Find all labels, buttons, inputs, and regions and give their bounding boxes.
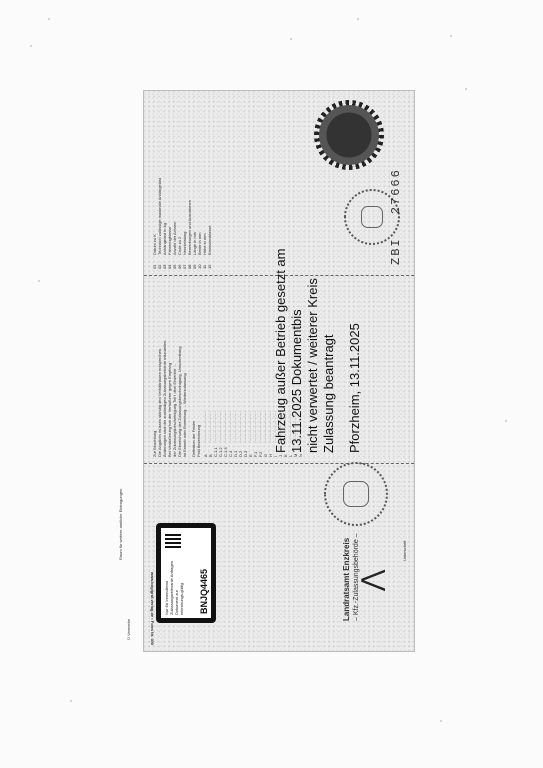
qr-code-icon [165, 532, 181, 548]
remarks-area-note: Ü Vermerke [126, 619, 131, 640]
field-code-list: A························B··············… [203, 282, 303, 457]
scan-speck [70, 700, 72, 702]
scan-speck [290, 38, 292, 40]
definitions-text: Feld Bezeichnung [196, 282, 201, 457]
validation-sticker: Nur für Innendienst Zulassungsrelevante … [156, 523, 216, 623]
registration-certificate-page: www.bogigraf-verlag.de • Form Nr. 400 Nu… [143, 90, 415, 652]
annotation-line-2: 13.11.2025 Dokumentbis [290, 309, 304, 453]
field-row: 12Emissionsklasse [207, 95, 212, 269]
annotation-line-3: nicht verwertet / weiterer Kreis [306, 278, 320, 453]
security-seal-icon [314, 100, 384, 170]
sticker-face: Nur für Innendienst Zulassungsrelevante … [161, 528, 211, 618]
sticker-code: BNJQ4465 [202, 569, 207, 614]
signature: ⋀ [370, 570, 375, 591]
scan-speck [505, 420, 507, 422]
scan-speck [48, 18, 50, 20]
panel-field-definitions: Zur Beachtung Die Angaben müssen ständig… [144, 276, 414, 463]
document-serial: ZBI 27666 [394, 168, 399, 265]
panel-authority: www.bogigraf-verlag.de • Form Nr. 400 Nu… [144, 464, 414, 651]
scan-speck [465, 88, 467, 90]
annotation-place-date: Pforzheim, 13.11.2025 [348, 323, 362, 453]
annotation-line-1: Fahrzeug außer Betrieb gesetzt am [274, 249, 288, 454]
annotation-line-4: Zulassung beantragt [322, 334, 336, 453]
publisher-line: www.bogigraf-verlag.de • Form Nr. 400 [150, 572, 155, 645]
signature-caption: Unterschrift [402, 541, 407, 561]
coat-of-arms-icon [343, 481, 369, 507]
panel-vehicle-fields: 01Datum zu K02Technisch zulässige maxima… [144, 89, 414, 275]
scan-speck [440, 720, 442, 722]
scan-speck [450, 35, 452, 37]
scan-speck [30, 45, 32, 47]
coat-of-arms-icon [361, 206, 384, 229]
scanned-document: www.bogigraf-verlag.de • Form Nr. 400 Nu… [143, 90, 415, 652]
scan-speck [357, 18, 359, 20]
definitions-text: ist Erwerb oder Erwerbung ... Wiederzula… [182, 282, 187, 457]
field-list: 01Datum zu K02Technisch zulässige maxima… [152, 95, 212, 269]
scan-speck [38, 280, 40, 282]
official-stamp-enzkreis [324, 462, 388, 526]
serial-number: 27666 [389, 168, 403, 214]
authority-name: Landratsamt Enzkreis [344, 538, 349, 621]
remarks-area-title: Raum für weitere amtliche Eintragungen [118, 489, 123, 560]
serial-prefix: ZBI [389, 237, 403, 265]
